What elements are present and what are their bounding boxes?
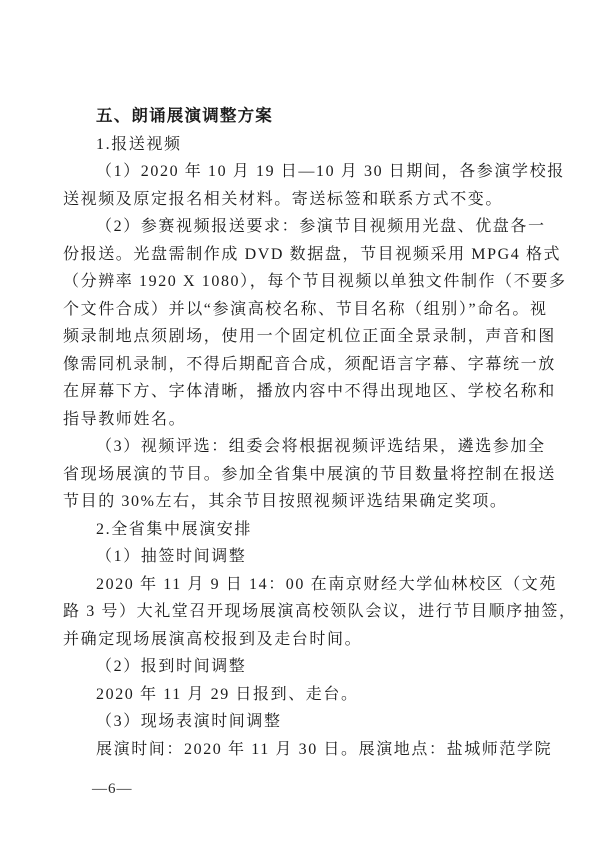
section-heading: 五、朗诵展演调整方案 [63, 103, 528, 131]
text-line: 展演时间：2020 年 11 月 30 日。展演地点：盐城师范学院 [63, 736, 528, 764]
text-line: （3）现场表演时间调整 [63, 708, 528, 736]
text-line: （2）报到时间调整 [63, 653, 528, 681]
text-line: 个文件合成）并以“参演高校名称、节目名称（组别）”命名。视 [63, 296, 528, 324]
text-line: （2）参赛视频报送要求：参演节目视频用光盘、优盘各一 [63, 213, 528, 241]
text-line: 频录制地点须剧场，使用一个固定机位正面全景录制，声音和图 [63, 323, 528, 351]
text-line: 路 3 号）大礼堂召开现场展演高校领队会议，进行节目顺序抽签， [63, 598, 528, 626]
text-line: 像需同机录制，不得后期配音合成，须配语言字幕、字幕统一放 [63, 351, 528, 379]
text-line: 并确定现场展演高校报到及走台时间。 [63, 626, 528, 654]
document-page: 五、朗诵展演调整方案 1.报送视频（1）2020 年 10 月 19 日—10 … [0, 0, 596, 849]
document-body: 1.报送视频（1）2020 年 10 月 19 日—10 月 30 日期间，各参… [63, 131, 528, 764]
text-line: 节目的 30%左右，其余节目按照视频评选结果确定奖项。 [63, 488, 528, 516]
text-line: 在屏幕下方、字体清晰，播放内容中不得出现地区、学校名称和 [63, 378, 528, 406]
text-line: 指导教师姓名。 [63, 406, 528, 434]
text-line: （3）视频评选：组委会将根据视频评选结果，遴选参加全 [63, 433, 528, 461]
text-line: 2020 年 11 月 9 日 14：00 在南京财经大学仙林校区（文苑 [63, 571, 528, 599]
text-line: 份报送。光盘需制作成 DVD 数据盘，节目视频采用 MPG4 格式 [63, 241, 528, 269]
text-line: （1）抽签时间调整 [63, 543, 528, 571]
text-line: （分辨率 1920 X 1080），每个节目视频以单独文件制作（不要多 [63, 268, 528, 296]
text-line: 送视频及原定报名相关材料。寄送标签和联系方式不变。 [63, 186, 528, 214]
text-line: 2.全省集中展演安排 [63, 516, 528, 544]
text-line: 2020 年 11 月 29 日报到、走台。 [63, 681, 528, 709]
text-line: 1.报送视频 [63, 131, 528, 159]
page-number: —6— [92, 781, 133, 798]
text-line: 省现场展演的节目。参加全省集中展演的节目数量将控制在报送 [63, 461, 528, 489]
text-line: （1）2020 年 10 月 19 日—10 月 30 日期间，各参演学校报 [63, 158, 528, 186]
